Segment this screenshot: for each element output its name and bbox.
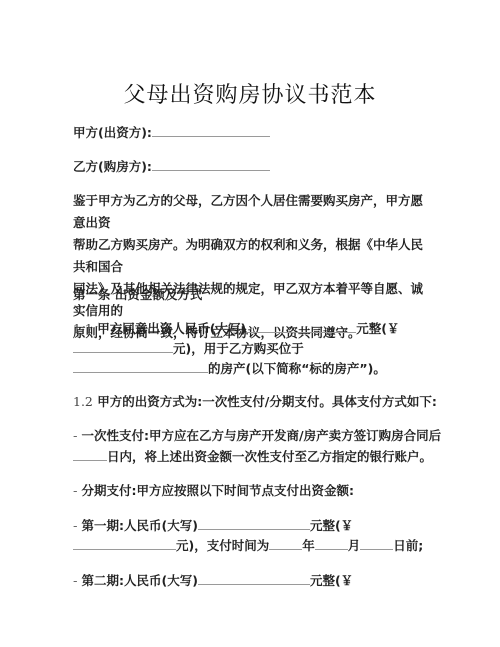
- clause-text: 元整(￥: [310, 573, 353, 588]
- clause-text: 甲方的出资方式为:一次性支付/分期支付。具体支付方式如下:: [97, 394, 437, 409]
- property-address-blank[interactable]: [73, 358, 208, 373]
- article-1-heading: 第一条 出资金额及方式: [73, 285, 202, 305]
- amount-words-blank[interactable]: [246, 318, 356, 333]
- clause-text: 分期支付:甲方应按照以下时间节点支付出资金额:: [82, 483, 355, 498]
- days-blank[interactable]: [73, 446, 107, 461]
- clause-text: 第二期:人民币(大写): [82, 573, 198, 588]
- bullet-dash: -: [73, 518, 78, 533]
- party-a-line: 甲方(出资方):: [73, 122, 270, 143]
- clause-1-1-line1: 1.1 甲方同意出资人民币(大写)元整(￥: [73, 318, 399, 339]
- phase-1-words-blank[interactable]: [198, 515, 310, 530]
- bullet-dash: -: [73, 428, 78, 443]
- clause-text: 元)，用于乙方购买位于: [173, 341, 304, 356]
- bullet-dash: -: [73, 483, 78, 498]
- party-b-label: 乙方(购房方):: [73, 159, 152, 174]
- clause-number: 1.2: [73, 394, 93, 409]
- party-b-line: 乙方(购房方):: [73, 156, 270, 177]
- preamble-line: 鉴于甲方为乙方的父母，乙方因个人居住需要购买房产，甲方愿意出资: [73, 190, 433, 234]
- clause-1-2: 1.2 甲方的出资方式为:一次性支付/分期支付。具体支付方式如下:: [73, 392, 437, 412]
- clause-text: 一次性支付:甲方应在乙方与房产开发商/房产卖方签订购房合同后: [82, 428, 442, 443]
- year-blank[interactable]: [269, 535, 302, 550]
- party-a-blank[interactable]: [152, 122, 270, 137]
- clause-text: 甲方同意出资人民币(大写): [97, 321, 246, 336]
- clause-number: 1.1: [73, 321, 93, 336]
- month-label: 月: [348, 538, 361, 553]
- day-blank[interactable]: [360, 535, 393, 550]
- phase-1-line2: 元)，支付时间为年月日前;: [73, 535, 423, 556]
- document-title: 父母出资购房协议书范本: [0, 78, 500, 109]
- phase-2-line1: -第二期:人民币(大写)元整(￥: [73, 570, 353, 591]
- party-a-label: 甲方(出资方):: [73, 125, 152, 140]
- clause-text: 的房产(以下简称“标的房产”)。: [208, 361, 386, 376]
- bullet-dash: -: [73, 573, 78, 588]
- clause-text: 元整(￥: [356, 321, 399, 336]
- month-blank[interactable]: [315, 535, 348, 550]
- phase-1-number-blank[interactable]: [73, 535, 176, 550]
- clause-text: 日内，将上述出资金额一次性支付至乙方指定的银行账户。: [107, 449, 432, 464]
- amount-number-blank[interactable]: [73, 338, 173, 353]
- clause-text: 元)，支付时间为: [176, 538, 269, 553]
- document-page: 父母出资购房协议书范本 甲方(出资方): 乙方(购房方): 鉴于甲方为乙方的父母…: [0, 0, 500, 647]
- preamble-line: 帮助乙方购买房产。为明确双方的权利和义务，根据《中华人民共和国合: [73, 234, 433, 278]
- clause-1-1-line2: 元)，用于乙方购买位于: [73, 338, 304, 359]
- day-label: 日前;: [393, 538, 423, 553]
- clause-text: 元整(￥: [310, 518, 353, 533]
- party-b-blank[interactable]: [152, 156, 270, 171]
- lump-sum-line2: 日内，将上述出资金额一次性支付至乙方指定的银行账户。: [73, 446, 432, 467]
- lump-sum-line1: -一次性支付:甲方应在乙方与房产开发商/房产卖方签订购房合同后: [73, 426, 441, 446]
- clause-1-1-line3: 的房产(以下简称“标的房产”)。: [73, 358, 386, 379]
- clause-text: 第一期:人民币(大写): [82, 518, 198, 533]
- phase-2-words-blank[interactable]: [198, 570, 310, 585]
- year-label: 年: [302, 538, 315, 553]
- installment-line: -分期支付:甲方应按照以下时间节点支付出资金额:: [73, 481, 354, 501]
- phase-1-line1: -第一期:人民币(大写)元整(￥: [73, 515, 353, 536]
